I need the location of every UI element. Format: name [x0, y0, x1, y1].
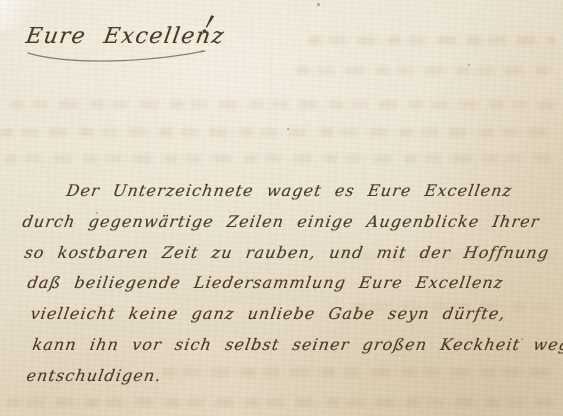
- letter-line: durch gegenwärtige Zeilen einige Augenbl…: [20, 207, 560, 238]
- bleedthrough-line: [10, 100, 555, 109]
- salutation-flourish: [26, 48, 208, 64]
- foxing-spot: [317, 3, 320, 6]
- letter-line: so kostbaren Zeit zu rauben, und mit der…: [20, 238, 560, 269]
- foxing-spot: [468, 64, 470, 66]
- bleedthrough-line: [296, 66, 558, 75]
- salutation-text: Eure Excellenz: [24, 24, 227, 49]
- bleedthrough-line: [6, 398, 556, 407]
- letter-body: Der Unterzeichnete waget es Eure Excelle…: [20, 176, 555, 392]
- letter-line: entschuldigen.: [20, 361, 560, 392]
- bleedthrough-line: [4, 154, 552, 163]
- letter-line: kann ihn vor sich selbst seiner großen K…: [20, 330, 560, 361]
- letter-line: Der Unterzeichnete waget es Eure Excelle…: [20, 176, 560, 207]
- bleedthrough-line: [0, 128, 560, 137]
- manuscript-letter-scan: Eure Excellenz ! Der Unterzeichnete wage…: [0, 0, 563, 416]
- bleedthrough-line: [308, 36, 556, 45]
- letter-line: daß beiliegende Liedersammlung Eure Exce…: [20, 268, 560, 299]
- foxing-spot: [287, 128, 289, 130]
- letter-line: vielleicht keine ganz unliebe Gabe seyn …: [20, 299, 560, 330]
